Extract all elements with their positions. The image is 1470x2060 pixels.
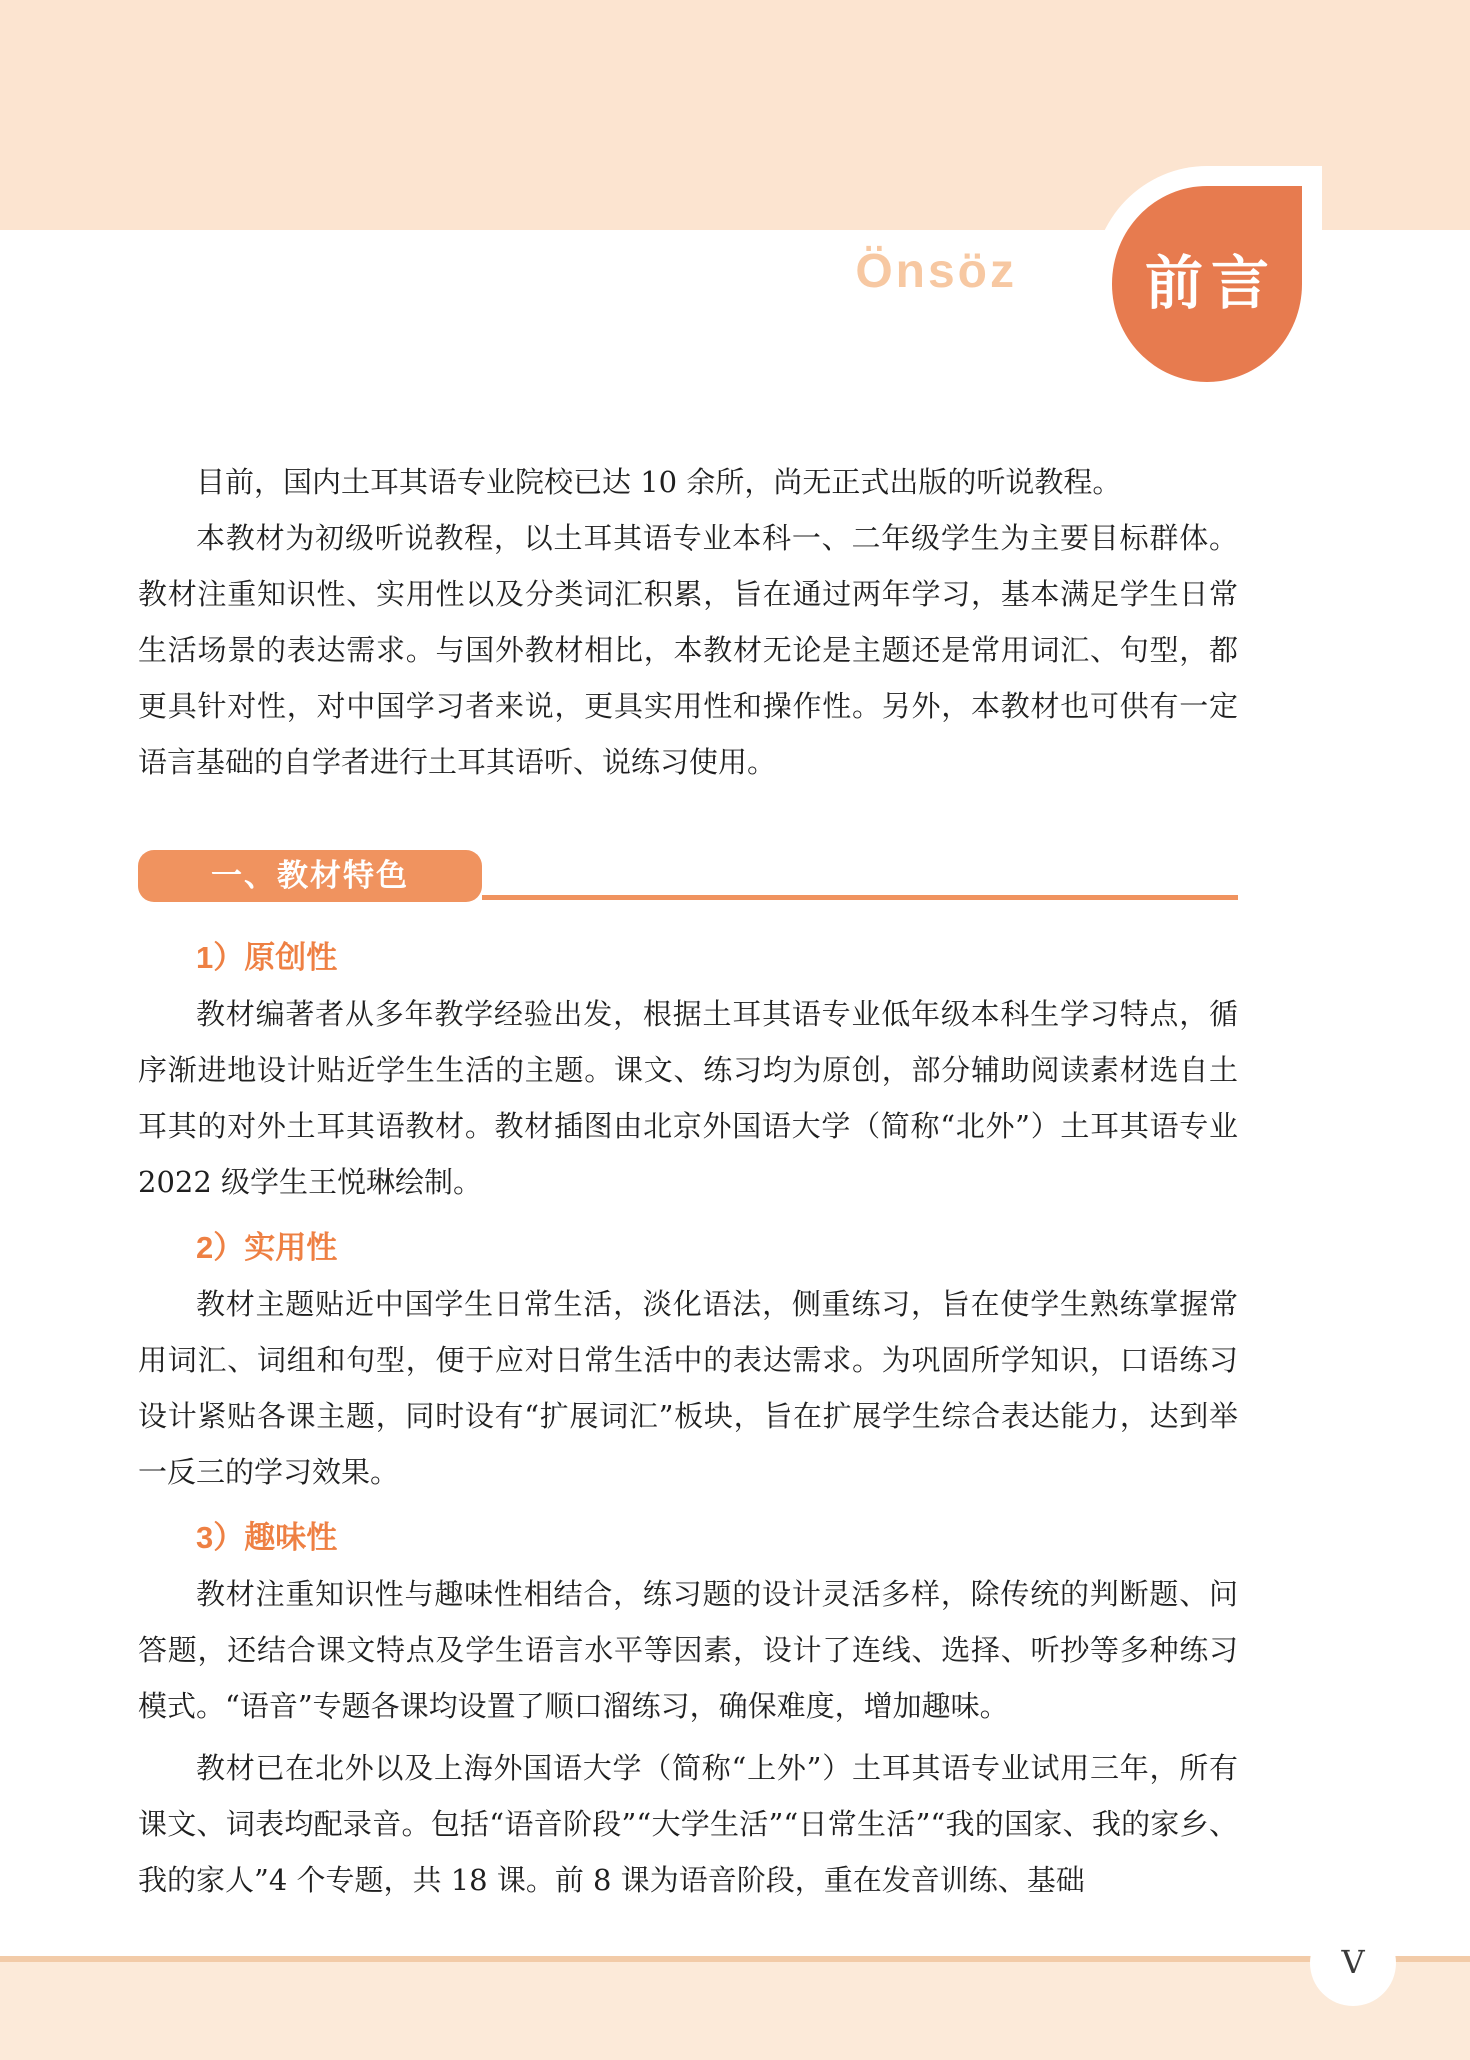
intro-paragraph-2: 本教材为初级听说教程，以土耳其语专业本科一、二年级学生为主要目标群体。教材注重知… xyxy=(138,510,1238,790)
section-title-bar: 一、教材特色 xyxy=(138,850,1238,902)
intro-paragraph-1: 目前，国内土耳其语专业院校已达 10 余所，尚无正式出版的听说教程。 xyxy=(138,454,1238,510)
bottom-band xyxy=(0,1956,1470,2060)
content-column: 目前，国内土耳其语专业院校已达 10 余所，尚无正式出版的听说教程。 本教材为初… xyxy=(138,454,1238,1908)
preface-badge: 前言 xyxy=(1112,186,1302,382)
section-title: 一、教材特色 xyxy=(211,848,409,904)
subsection-heading-3: 3）趣味性 xyxy=(138,1516,1238,1560)
preface-title-cn: 前言 xyxy=(1145,236,1277,320)
page-number: V xyxy=(1310,1938,1396,1986)
subsection-heading-1: 1）原创性 xyxy=(138,936,1238,980)
subsection-heading-2: 2）实用性 xyxy=(138,1226,1238,1270)
subsection-1-paragraph-1: 教材编著者从多年教学经验出发，根据土耳其语专业低年级本科生学习特点，循序渐进地设… xyxy=(138,986,1238,1210)
preface-title-latin: Önsöz xyxy=(852,240,1017,304)
section-title-rule xyxy=(482,895,1238,900)
subsection-3-paragraph-2: 教材已在北外以及上海外国语大学（简称“上外”）土耳其语专业试用三年，所有课文、词… xyxy=(138,1740,1238,1908)
preface-page: Önsöz 前言 目前，国内土耳其语专业院校已达 10 余所，尚无正式出版的听说… xyxy=(0,0,1470,2060)
subsection-3-paragraph-1: 教材注重知识性与趣味性相结合，练习题的设计灵活多样，除传统的判断题、问答题，还结… xyxy=(138,1566,1238,1734)
subsection-2-paragraph-1: 教材主题贴近中国学生日常生活，淡化语法，侧重练习，旨在使学生熟练掌握常用词汇、词… xyxy=(138,1276,1238,1500)
section-title-pill: 一、教材特色 xyxy=(138,850,482,902)
